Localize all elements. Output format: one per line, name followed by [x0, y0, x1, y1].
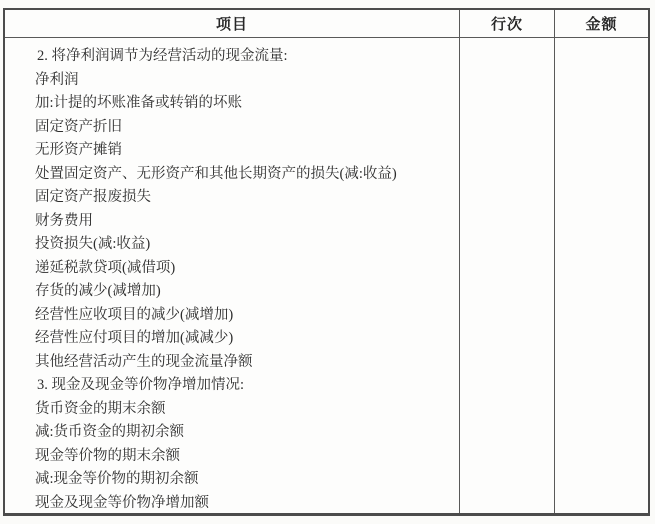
- statement-line: 投资损失(减:收益): [35, 233, 451, 257]
- statement-line: 其他经营活动产生的现金流量净额: [35, 351, 451, 375]
- statement-line: 存货的减少(减增加): [35, 280, 451, 304]
- statement-line: 净利润: [35, 69, 451, 93]
- statement-line: 减:货币资金的期初余额: [35, 421, 451, 445]
- header-item-column: 项目: [5, 10, 460, 38]
- statement-line: 3. 现金及现金等价物净增加情况:: [35, 374, 451, 398]
- statement-line: 固定资产折旧: [35, 116, 451, 140]
- statement-line: 货币资金的期末余额: [35, 398, 451, 422]
- statement-line: 处置固定资产、无形资产和其他长期资产的损失(减:收益): [35, 163, 451, 187]
- statement-line: 现金等价物的期末余额: [35, 445, 451, 469]
- statement-line: 2. 将净利润调节为经营活动的现金流量:: [35, 45, 451, 69]
- cash-flow-supplement-table: 项目 行次 金额 2. 将净利润调节为经营活动的现金流量: 净利润 加:计提的坏…: [3, 8, 650, 516]
- statement-line: 减:现金等价物的期初余额: [35, 468, 451, 492]
- statement-line: 固定资产报废损失: [35, 186, 451, 210]
- statement-line: 无形资产摊销: [35, 139, 451, 163]
- statement-line: 递延税款贷项(减借项): [35, 257, 451, 281]
- header-amount-column: 金额: [555, 10, 648, 38]
- scanned-document-page: 项目 行次 金额 2. 将净利润调节为经营活动的现金流量: 净利润 加:计提的坏…: [0, 0, 655, 524]
- amount-cell: [555, 38, 648, 513]
- statement-line: 现金及现金等价物净增加额: [35, 492, 451, 514]
- statement-line: 经营性应收项目的减少(减增加): [35, 304, 451, 328]
- items-cell: 2. 将净利润调节为经营活动的现金流量: 净利润 加:计提的坏账准备或转销的坏账…: [5, 38, 460, 513]
- line-no-cell: [460, 38, 555, 513]
- header-line-no-column: 行次: [460, 10, 555, 38]
- statement-line: 加:计提的坏账准备或转销的坏账: [35, 92, 451, 116]
- statement-line: 财务费用: [35, 210, 451, 234]
- statement-line: 经营性应付项目的增加(减减少): [35, 327, 451, 351]
